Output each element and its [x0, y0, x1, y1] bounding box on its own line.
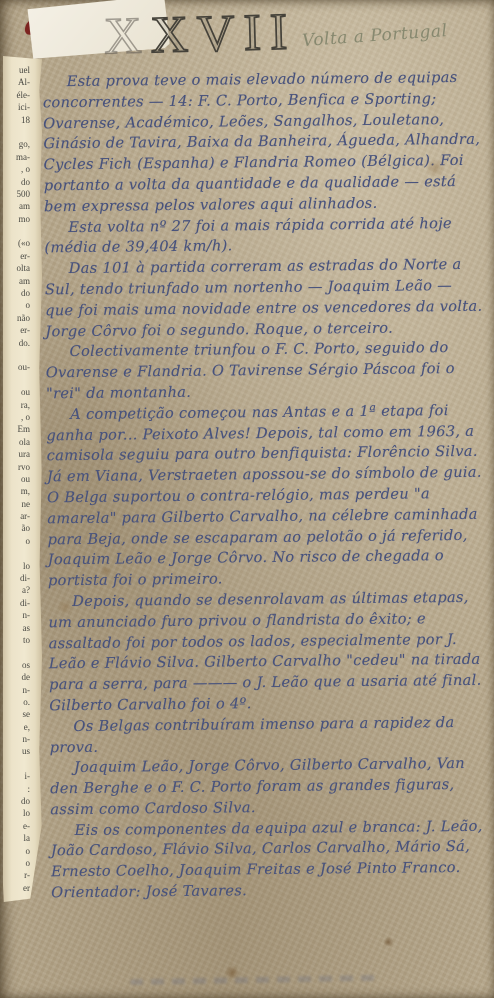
clipping-text-fragment	[3, 646, 30, 658]
clipping-text-fragment: o	[3, 535, 30, 547]
clipping-text-fragment: n-	[3, 684, 30, 696]
clipping-text-fragment: ou-	[3, 361, 30, 373]
clipping-text-fragment: ura	[3, 448, 30, 460]
clipping-text-fragment: do	[3, 795, 30, 807]
clipping-text-fragment: não	[3, 312, 30, 324]
clipping-text-fragment: us	[3, 745, 30, 757]
clipping-text-fragment: o.	[3, 696, 30, 708]
roman-numeral-main: XVII	[150, 3, 297, 64]
clipping-text-fragment: am	[3, 200, 30, 212]
clipping-text-fragment: lo	[3, 807, 30, 819]
manuscript-paragraph: A competição começou nas Antas e a 1ª et…	[46, 400, 486, 592]
clipping-text-fragment: i-	[3, 770, 30, 782]
manuscript-paragraph: Depois, quando se desenrolavam as última…	[48, 588, 487, 717]
clipping-text-fragment: er	[3, 882, 30, 894]
clipping-text-fragment: ma-	[3, 151, 30, 163]
clipping-text-fragment: Em	[3, 423, 30, 435]
clipping-text-fragment: n-	[3, 733, 30, 745]
clipping-text-fragment: ne	[3, 498, 30, 510]
clipping-text-fragment: ola	[3, 436, 30, 448]
clipping-text-fragment: to	[3, 634, 30, 646]
clipping-text-fragment: 500	[3, 188, 30, 200]
clipping-text-fragment: éle-	[3, 89, 30, 101]
clipping-text-fragment: m,	[3, 485, 30, 497]
clipping-text-fragment: ra,	[3, 399, 30, 411]
clipping-text-fragment: a?	[3, 584, 30, 596]
clipping-text-fragment: am	[3, 275, 30, 287]
manuscript-paragraph: Os Belgas contribuíram imenso para a rap…	[49, 712, 487, 758]
clipping-text-fragment: e-	[3, 820, 30, 832]
faint-illegible-line	[130, 975, 380, 985]
clipping-text-fragment: Al-	[3, 76, 30, 88]
scrapbook-page: uelAl-éle-ici-18go,ma-, odo500ammo(«oer-…	[0, 0, 494, 998]
clipping-text-fragment: ici-	[3, 101, 30, 113]
clipping-text-fragment: di-	[3, 597, 30, 609]
manuscript-body: Esta prova teve o mais elevado número de…	[43, 68, 490, 904]
clipping-text-fragment: rvo	[3, 461, 30, 473]
clipping-text-fragment: do	[3, 287, 30, 299]
clipping-text-fragment: olta	[3, 262, 30, 274]
clipping-text-fragment: la	[3, 832, 30, 844]
clipping-text-fragment: («o	[3, 237, 30, 249]
clipping-text-fragment: 18	[3, 114, 30, 126]
clipping-text-fragment	[3, 758, 30, 770]
clipping-text-fragment: ar-	[3, 510, 30, 522]
clipping-column-fragments: uelAl-éle-ici-18go,ma-, odo500ammo(«oer-…	[3, 64, 30, 894]
clipping-text-fragment: ou	[3, 386, 30, 398]
clipping-text-fragment: uel	[3, 64, 30, 76]
clipping-text-fragment	[3, 547, 30, 559]
clipping-text-fragment: e,	[3, 721, 30, 733]
manuscript-paragraph: Esta prova teve o mais elevado número de…	[43, 68, 483, 218]
roman-numeral-heading: XXVII	[103, 3, 297, 65]
clipping-text-fragment: , o	[3, 411, 30, 423]
clipping-text-fragment: o	[3, 857, 30, 869]
clipping-text-fragment: lo	[3, 560, 30, 572]
clipping-text-fragment: de	[3, 671, 30, 683]
roman-numeral-faint-x: X	[103, 7, 151, 65]
clipping-text-fragment: , o	[3, 163, 30, 175]
clipping-text-fragment: n-	[3, 609, 30, 621]
clipping-text-fragment	[3, 126, 30, 138]
clipping-text-fragment: :	[3, 783, 30, 795]
clipping-text-fragment: di-	[3, 572, 30, 584]
clipping-text-fragment: ou	[3, 473, 30, 485]
clipping-text-fragment: do.	[3, 337, 30, 349]
clipping-text-fragment	[3, 374, 30, 386]
manuscript-paragraph: Eis os componentes da equipa azul e bran…	[50, 816, 489, 904]
manuscript-paragraph: Joaquim Leão, Jorge Côrvo, Gilberto Carv…	[50, 754, 489, 821]
clipping-text-fragment: er-	[3, 324, 30, 336]
clipping-text-fragment: mo	[3, 213, 30, 225]
clipping-text-fragment: r-	[3, 869, 30, 881]
clipping-text-fragment: se	[3, 708, 30, 720]
manuscript-paragraph: Colectivamente triunfou o F. C. Porto, s…	[45, 338, 484, 405]
clipping-text-fragment: o	[3, 845, 30, 857]
newspaper-clipping-strip: uelAl-éle-ici-18go,ma-, odo500ammo(«oer-…	[3, 56, 42, 902]
clipping-text-fragment: os	[3, 659, 30, 671]
clipping-text-fragment: er-	[3, 250, 30, 262]
handwritten-subtitle: Volta a Portugal	[301, 21, 448, 51]
clipping-text-fragment: ão	[3, 522, 30, 534]
clipping-text-fragment	[3, 225, 30, 237]
clipping-text-fragment: do	[3, 176, 30, 188]
manuscript-paragraph: Das 101 à partida correram as estradas d…	[45, 255, 484, 343]
clipping-text-fragment	[3, 349, 30, 361]
clipping-text-fragment: o	[3, 299, 30, 311]
stain	[383, 937, 394, 947]
clipping-text-fragment: as	[3, 622, 30, 634]
manuscript-paragraph: Esta volta nº 27 foi a mais rápida corri…	[44, 213, 482, 259]
clipping-text-fragment: go,	[3, 138, 30, 150]
